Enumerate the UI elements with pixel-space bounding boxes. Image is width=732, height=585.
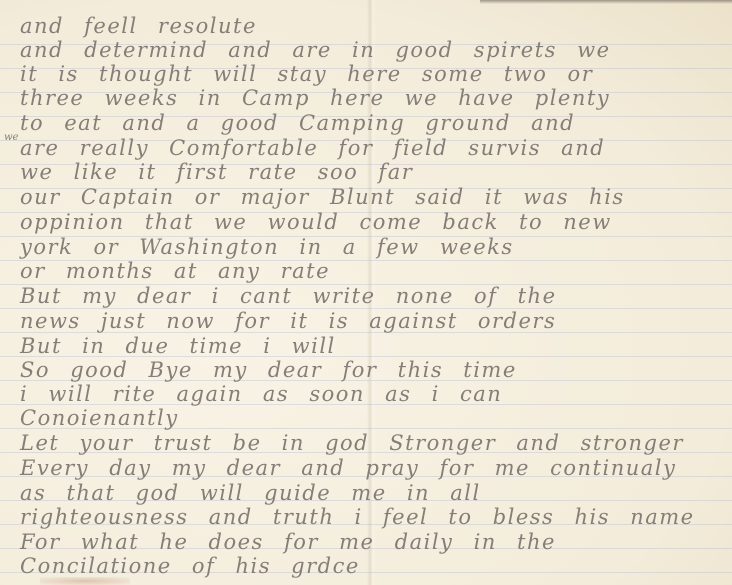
letter-line: Concilatione of his grdce (20, 554, 360, 578)
letter-line: and feell resolute (20, 14, 257, 38)
letter-line: and determind and are in good spirets we (20, 38, 611, 62)
letter-line: oppinion that we would come back to new (20, 210, 612, 234)
letter-line: news just now for it is against orders (20, 309, 556, 333)
letter-line: three weeks in Camp here we have plenty (20, 86, 610, 110)
letter-line: But my dear i cant write none of the (20, 284, 557, 308)
letter-line: righteousness and truth i feel to bless … (20, 505, 695, 529)
letter-line: i will rite again as soon as i can (20, 382, 502, 406)
letter-line: it is thought will stay here some two or (20, 62, 593, 86)
page-edge-shadow (480, 0, 732, 4)
letter-line: york or Washington in a few weeks (20, 235, 514, 259)
letter-line: to eat and a good Camping ground and (20, 111, 575, 135)
letter-line: are really Comfortable for field survis … (20, 136, 605, 160)
letter-line: For what he does for me daily in the (20, 530, 556, 554)
letter-line: as that god will guide me in all (20, 481, 481, 505)
letter-line: So good Bye my dear for this time (20, 358, 517, 382)
letter-line: Let your trust be in god Stronger and st… (20, 431, 684, 455)
inserted-word: we (4, 132, 18, 143)
letter-line: But in due time i will (20, 334, 336, 358)
letter-line: Every day my dear and pray for me contin… (20, 456, 676, 480)
letter-page: and feell resolute and determind and are… (0, 0, 732, 585)
letter-line: our Captain or major Blunt said it was h… (20, 185, 625, 209)
letter-line: Conoienantly (20, 406, 179, 430)
letter-line: we like it first rate soo far (20, 160, 413, 184)
letter-line: or months at any rate (20, 259, 330, 283)
paper-stain (40, 577, 130, 585)
